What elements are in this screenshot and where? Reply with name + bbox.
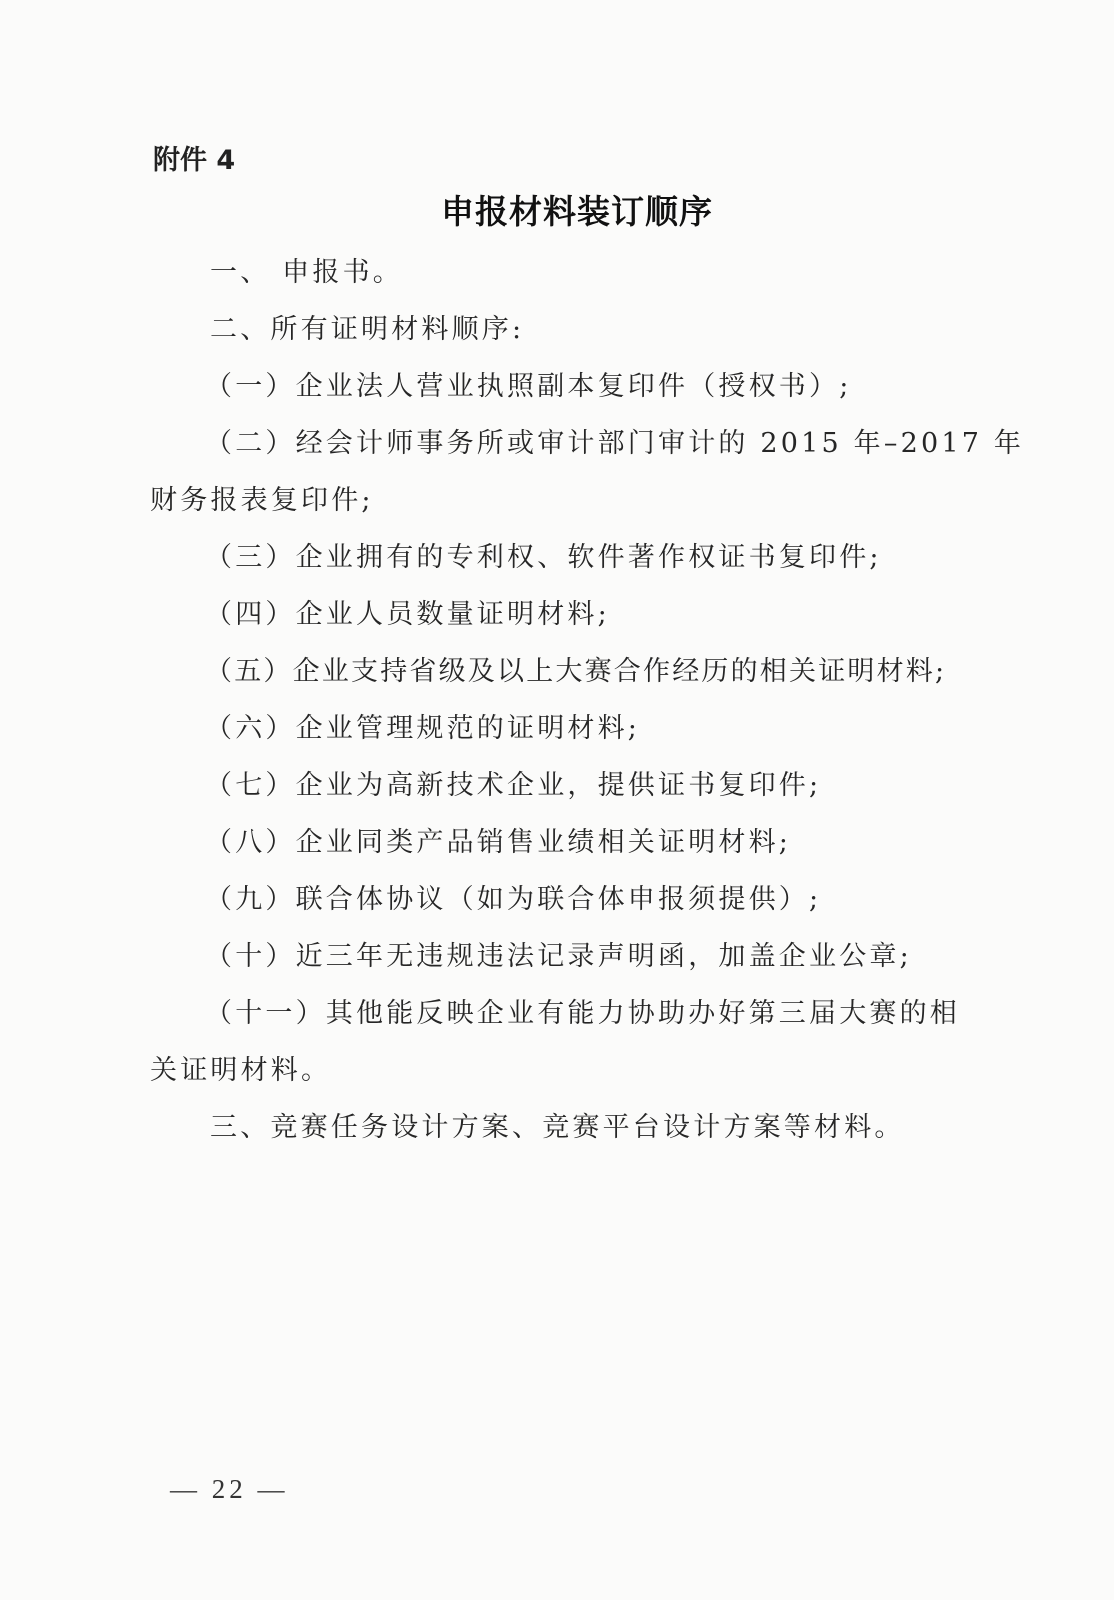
section-3: 三、竞赛任务设计方案、竞赛平台设计方案等材料。 (210, 1105, 905, 1144)
list-item: （八）企业同类产品销售业绩相关证明材料; (205, 820, 791, 859)
section-1: 一、 申报书。 (210, 250, 403, 289)
list-item: （一）企业法人营业执照副本复印件（授权书）; (205, 364, 852, 403)
list-item: （三）企业拥有的专利权、软件著作权证书复印件; (205, 535, 882, 574)
list-item: （七）企业为高新技术企业，提供证书复印件; (205, 763, 821, 802)
list-item: （二）经会计师事务所或审计部门审计的 2015 年–2017 年 (205, 421, 1024, 460)
page-number: — 22 — (170, 1474, 289, 1505)
list-item: （五）企业支持省级及以上大赛合作经历的相关证明材料; (205, 649, 946, 688)
list-item: （九）联合体协议（如为联合体申报须提供）; (205, 877, 821, 916)
attachment-label: 附件 4 (153, 138, 235, 177)
list-item: （六）企业管理规范的证明材料; (205, 706, 640, 745)
list-item: （十一）其他能反映企业有能力协助办好第三届大赛的相 (205, 991, 960, 1030)
list-item-continuation: 关证明材料。 (150, 1048, 331, 1087)
list-item-continuation: 财务报表复印件; (150, 478, 374, 517)
section-2: 二、所有证明材料顺序: (210, 307, 524, 346)
page-title: 申报材料装订顺序 (0, 186, 1114, 233)
list-item: （十）近三年无违规违法记录声明函，加盖企业公章; (205, 934, 912, 973)
list-item: （四）企业人员数量证明材料; (205, 592, 610, 631)
